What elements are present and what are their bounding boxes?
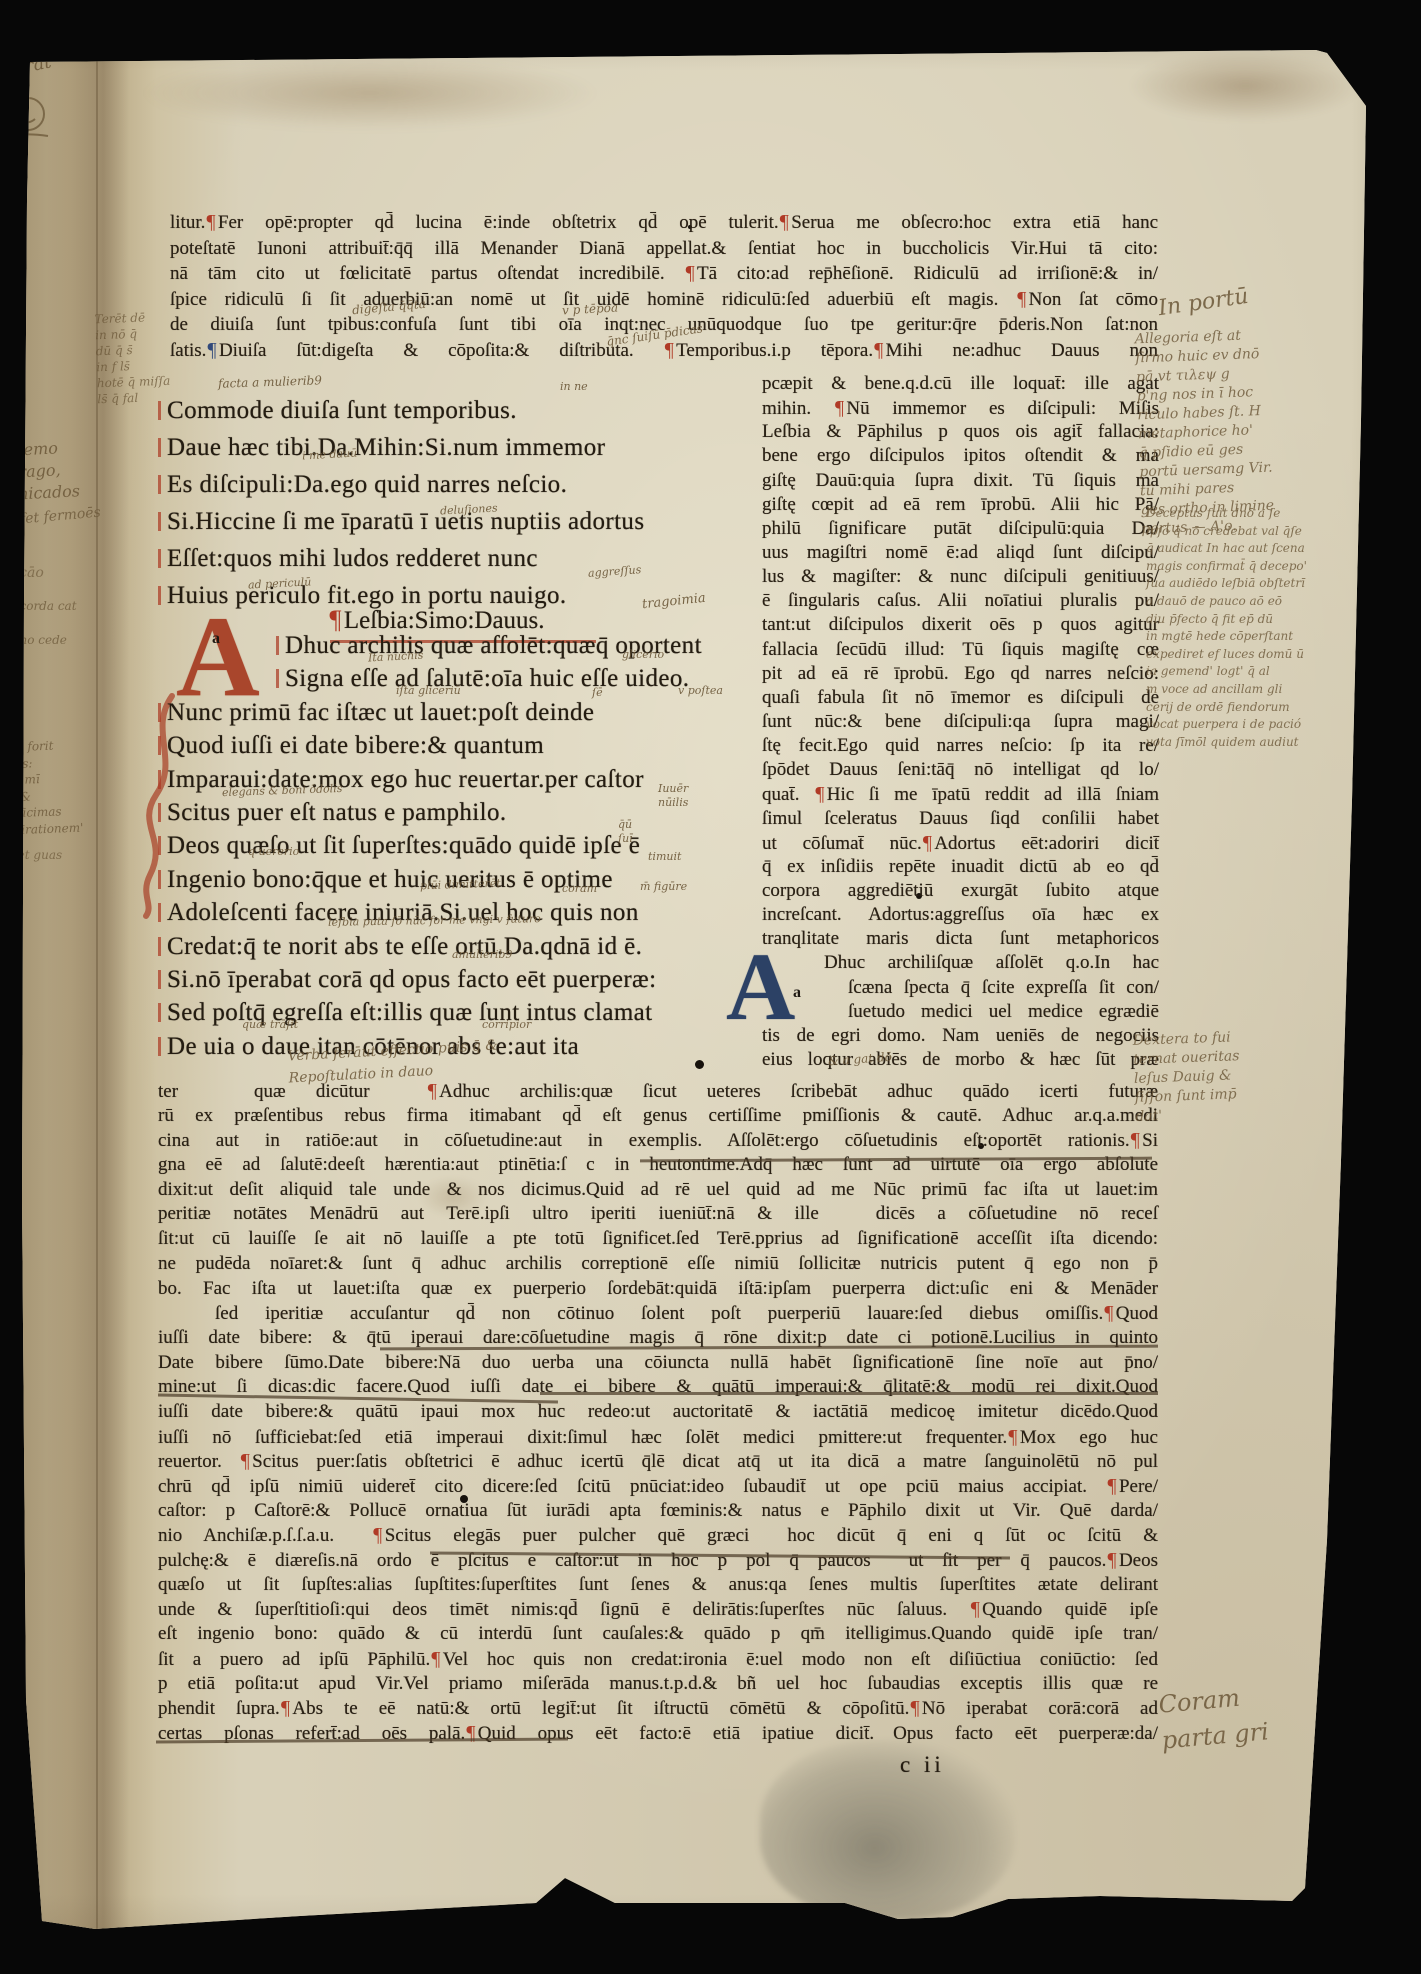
pilcrow-mark: ¶ [240,1450,253,1472]
commentary-line: peritiæ notātes Menādrū aut Terē.ipſi ul… [158,1202,1158,1227]
handwritten-note: Deceptus fuit dnō a ſe ipſo q̄ nō credeb… [1146,505,1307,751]
play-verse-line: Quod iuſſi ei date bibere:& quantum [158,729,702,762]
commentary-line: nio Anchiſæ.p.ſ.ſ.a.u. ¶Scitus elegās pu… [158,1523,1158,1548]
play-verse-line: Imparaui:date:mox ego huc reuertar.per c… [158,763,702,796]
commentary-line: ſpōdet Dauus ſeni:tāq̄ nō intelligat qd … [762,758,1159,782]
pilcrow-mark: ¶ [664,339,677,361]
commentary-line: bo. Fac iſta ut lauet:iſta quæ ex puerpe… [158,1277,1158,1302]
commentary-line: ſunt nūc:& bene diſcipuli:qa ſupra magi/ [762,710,1159,734]
play-text-block-1: Commode diuiſa ſunt temporibus.Daue hæc … [158,392,644,614]
commentary-line: rū ex præſentibus rebus firma itimabant … [158,1104,1158,1129]
play-verse-line: Si.Hiccine ſi me īparatū ī uetis nuptiis… [158,503,644,540]
play-verse-line: Es diſcipuli:Da.ego quid narres neſcio. [158,466,644,503]
commentary-line: mihin. ¶Nū immemor es diſcipuli: Miſis [762,396,1159,420]
commentary-line: tis de egri domo. Nam ueniēs de negociis [762,1024,1159,1048]
commentary-line: ut cōſumat̄ nūc.¶Adortus eēt:adoriri dic… [762,831,1159,855]
commentary-line: p etiā poſita:ut apud Vir.Vel priamo miſ… [158,1672,1158,1697]
play-verse-line: Ingenio bono:q̄que et huic ueritus ē opt… [158,863,702,896]
play-text-block-2: Dhuc archilis quæ aſſolēt:quæq̄ oportent… [158,629,702,1063]
signature-mark: c ii [900,1752,945,1778]
pilcrow-mark: ¶ [685,262,698,284]
commentary-line: ſuetudo medici uel medice egrædiē [762,1000,1159,1024]
commentary-line: ſit:ut cū lauiſſe ſe ait nō lauiſſe a pt… [158,1227,1158,1252]
pilcrow-mark: ¶ [909,1697,922,1719]
pilcrow-mark: ¶ [1016,288,1029,310]
commentary-line: certas pſonas refert̄:ad oēs palā.¶Quid … [158,1721,1158,1746]
commentary-line: giſtę Dauū:quia ſupra dixit. Tū ſiquis m… [762,469,1159,493]
commentary-line: q̄ ex inſidiis repēte inuadit dictū ab e… [762,855,1159,879]
initial-guide-letter: a [793,984,801,1002]
pilcrow-mark: ¶ [372,1524,385,1546]
parchment-stain [1128,50,1363,122]
commentary-line: eſt ingenio bono: quādo & cū interdū ſun… [158,1622,1158,1647]
commentary-line: bene ergo diſcipulos ipitos oſtendit & m… [762,444,1159,468]
play-verse-line: Scitus puer eſt natus e pamphilo. [158,796,702,829]
pilcrow-mark-blue: ¶ [206,339,219,361]
commentary-line: ſatis.¶Diuiſa ſūt:digeſta & cōpoſita:& d… [170,338,1158,364]
play-verse-line: Deos quæſo ut ſit ſuperſtes:quādo quidē … [158,829,702,862]
commentary-line: ſimul ſceleratus Dauus ſiqd conſilii hab… [762,807,1159,831]
commentary-line: ter quæ dicūtur ¶Adhuc archilis:quæ ſicu… [158,1079,1158,1104]
play-verse-line: Dhuc archilis quæ aſſolēt:quæq̄ oportent [158,629,702,662]
play-verse-line: Signa eſſe ad ſalutē:oīa huic eſſe uideo… [158,662,702,695]
commentary-line: giſtę cœpit ad eā rem īprobū. Alii hic P… [762,493,1159,517]
commentary-line: iuſſi nō ſufficiebat:ſed etiā imperaui d… [158,1425,1158,1450]
pilcrow-mark: ¶ [1130,1129,1143,1151]
commentary-line: eius loqtur abiēs de morbo & hæc ſūt præ [762,1048,1159,1072]
commentary-line: quat̄. ¶Hic ſi me īpatū reddit ad illā ſ… [762,782,1159,806]
handwritten-note: In portū [1157,284,1250,321]
pilcrow-mark: ¶ [205,211,218,233]
pilcrow-mark: ¶ [873,339,886,361]
gutter-crease [96,0,98,1974]
play-verse-line: Adoleſcenti facere iniuriā.Si.uel hoc qu… [158,896,702,929]
commentary-line: gna eē ad ſalutē:deeſt hærentia:aut ptin… [158,1153,1158,1178]
commentary-line: iuſſi date bibere:& quātū ipaui mox huc … [158,1400,1158,1425]
commentary-line: ne pudēda noīaret:& ſunt q̄ adhuc archil… [158,1252,1158,1277]
play-verse-line: Commode diuiſa ſunt temporibus. [158,392,644,429]
commentary-line: ſcæna ſpecta q̄ ſcite expreſſa ſit con/ [762,976,1159,1000]
pilcrow-mark: ¶ [970,1598,983,1620]
handwritten-note: ſcāo [14,565,44,581]
parchment-stain [140,56,600,130]
commentary-line: ē ſingularis caſus. Alii noīatiui plural… [762,589,1159,613]
commentary-line: phendit ſupra.¶Abs te eē natū:& ortū leg… [158,1696,1158,1721]
commentary-line: uus magiſtri nomē ē:ad aliqd ſunt diſcip… [762,541,1159,565]
play-verse-line: Eſſet:quos mihi ludos redderet nunc [158,540,644,577]
commentary-line: poteſtatē Iunoni attribuit̄:q̄q̄ illā Me… [170,236,1158,262]
commentary-line: fallacia ſecūdū illud: Tū ſiquis magiſtę… [762,638,1159,662]
commentary-line: de diuiſa ſunt tpibus:confuſa ſunt tibi … [170,312,1158,338]
manuscript-page: litur.¶Fer opē:propter qd̄ lucina ē:inde… [0,0,1421,1974]
blue-initial-A: A [726,948,795,1027]
pilcrow-mark: ¶ [1106,1475,1119,1497]
play-verse-line: De uia o daue itan cōtēnor abs te:aut it… [158,1030,702,1063]
commentary-line: caſtor: p Caſtorē:& Pollucē ornatiua ſūt… [158,1499,1158,1524]
commentary-line: Leſbia & Pāphilus p quos ois agit̄ falla… [762,420,1159,444]
handwritten-note: facta a mulierib9 [218,373,322,391]
pilcrow-mark: ¶ [1103,1302,1116,1324]
handwritten-note: tragoimia [641,591,706,613]
commentary-line: nā tām cito ut fœlicitatē partus oſtenda… [170,261,1158,287]
commentary-line: tant:ut diſcipulos dixerit oēs p quos ag… [762,613,1159,637]
commentary-line: litur.¶Fer opē:propter qd̄ lucina ē:inde… [170,210,1158,236]
commentary-line: ſit a puero ad ipſū Pāphilū.¶Vel hoc qui… [158,1647,1158,1672]
pilcrow-mark: ¶ [1106,1549,1119,1571]
commentary-line: ſtę fecit.Ego quid narres neſcio: ſp ita… [762,734,1159,758]
pilcrow-mark: ¶ [465,1722,478,1744]
pilcrow-mark: ¶ [922,832,935,854]
commentary-right-column: pcæpit & bene.q.d.cū ille loquat̄: ille … [762,372,1159,1072]
scanned-book-photo: litur.¶Fer opē:propter qd̄ lucina ē:inde… [0,0,1421,1974]
commentary-line: pit ad eā rē īprobū. Ego qd narres neſci… [762,662,1159,686]
commentary-line: quaſi fabula ſit nō īmemor es diſcipuli … [762,686,1159,710]
play-verse-line: Daue hæc tibi.Da.Mihin:Si.num immemor [158,429,644,466]
play-verse-line: Sed poſtq̄ egreſſa eſt:illis quæ ſunt in… [158,996,702,1029]
commentary-line: corpora aggrediētiū exurgāt ſubito atque [762,879,1159,903]
pilcrow-mark: ¶ [814,783,827,805]
commentary-line: ſpice ridiculū ſi ſit aduerbiū:an nomē u… [170,287,1158,313]
commentary-line: iuſſi date bibere: & q̄tū iperaui dare:c… [158,1326,1158,1351]
handwritten-note: Coram parta gri [1157,1677,1270,1758]
commentary-line: chrū qd̄ ipſū nimiū uideret̄ cito dicere… [158,1474,1158,1499]
pilcrow-mark: ¶ [834,397,847,419]
play-verse-line: Si.nō īperabat corā qd opus facto eēt pu… [158,963,702,996]
bottom-smudge-stain [760,1740,1015,1920]
commentary-top-block: litur.¶Fer opē:propter qd̄ lucina ē:inde… [170,210,1158,364]
pilcrow-mark: ¶ [280,1697,293,1719]
pilcrow-mark: ¶ [427,1080,440,1102]
commentary-line: unde & ſuperſtitioſi:qui deos timēt nimi… [158,1597,1158,1622]
play-verse-line: Nunc primū fac iſtæc ut lauet:poſt deind… [158,696,702,729]
commentary-bottom-block: ter quæ dicūtur ¶Adhuc archilis:quæ ſicu… [158,1079,1158,1746]
owner-mark [6,92,52,144]
commentary-line: pcæpit & bene.q.d.cū ille loquat̄: ille … [762,372,1159,396]
commentary-line: reuertor. ¶Scitus puer:ſatis obſtetrici … [158,1449,1158,1474]
commentary-line: Date bibere ſūmo.Date bibere:Nā duo uerb… [158,1351,1158,1376]
commentary-line: cina aut in ratiōe:aut in cōſuetudine:au… [158,1128,1158,1153]
pilcrow-mark: ¶ [779,211,792,233]
commentary-line: ſed iperitiæ accuſantur qd̄ non cōtinuo … [158,1301,1158,1326]
commentary-line: quæſo ut ſit ſupſtes:alias ſupſtites:ſup… [158,1573,1158,1598]
gutter-fold [46,0,156,1974]
commentary-line: philū ſignificare putāt diſcipulū:quia D… [762,517,1159,541]
commentary-line: tranqlitate maris dicta ſunt metaphorico… [762,927,1159,951]
commentary-line: mine:ut ſi dicas:dic facere.Quod iuſſi d… [158,1375,1158,1400]
commentary-line: Dhuc archiliſquæ aſſolēt q.o.In hac [762,951,1159,975]
pilcrow-mark: ¶ [430,1648,443,1670]
commentary-line: lus & magiſter: & nunc diſcipuli genitiu… [762,565,1159,589]
play-verse-line: Credat:q̄ te norit abs te eſſe ortū.Da.q… [158,930,702,963]
commentary-line: increſcant. Adortus:aggreſſus oīa hæc ex [762,903,1159,927]
pilcrow-mark: ¶ [1007,1426,1020,1448]
commentary-line: pulchę:& ē diæreſis.nā ordo ē pſcitus e … [158,1548,1158,1573]
commentary-line: dixit:ut deſit aliquid tale unde & nos d… [158,1178,1158,1203]
